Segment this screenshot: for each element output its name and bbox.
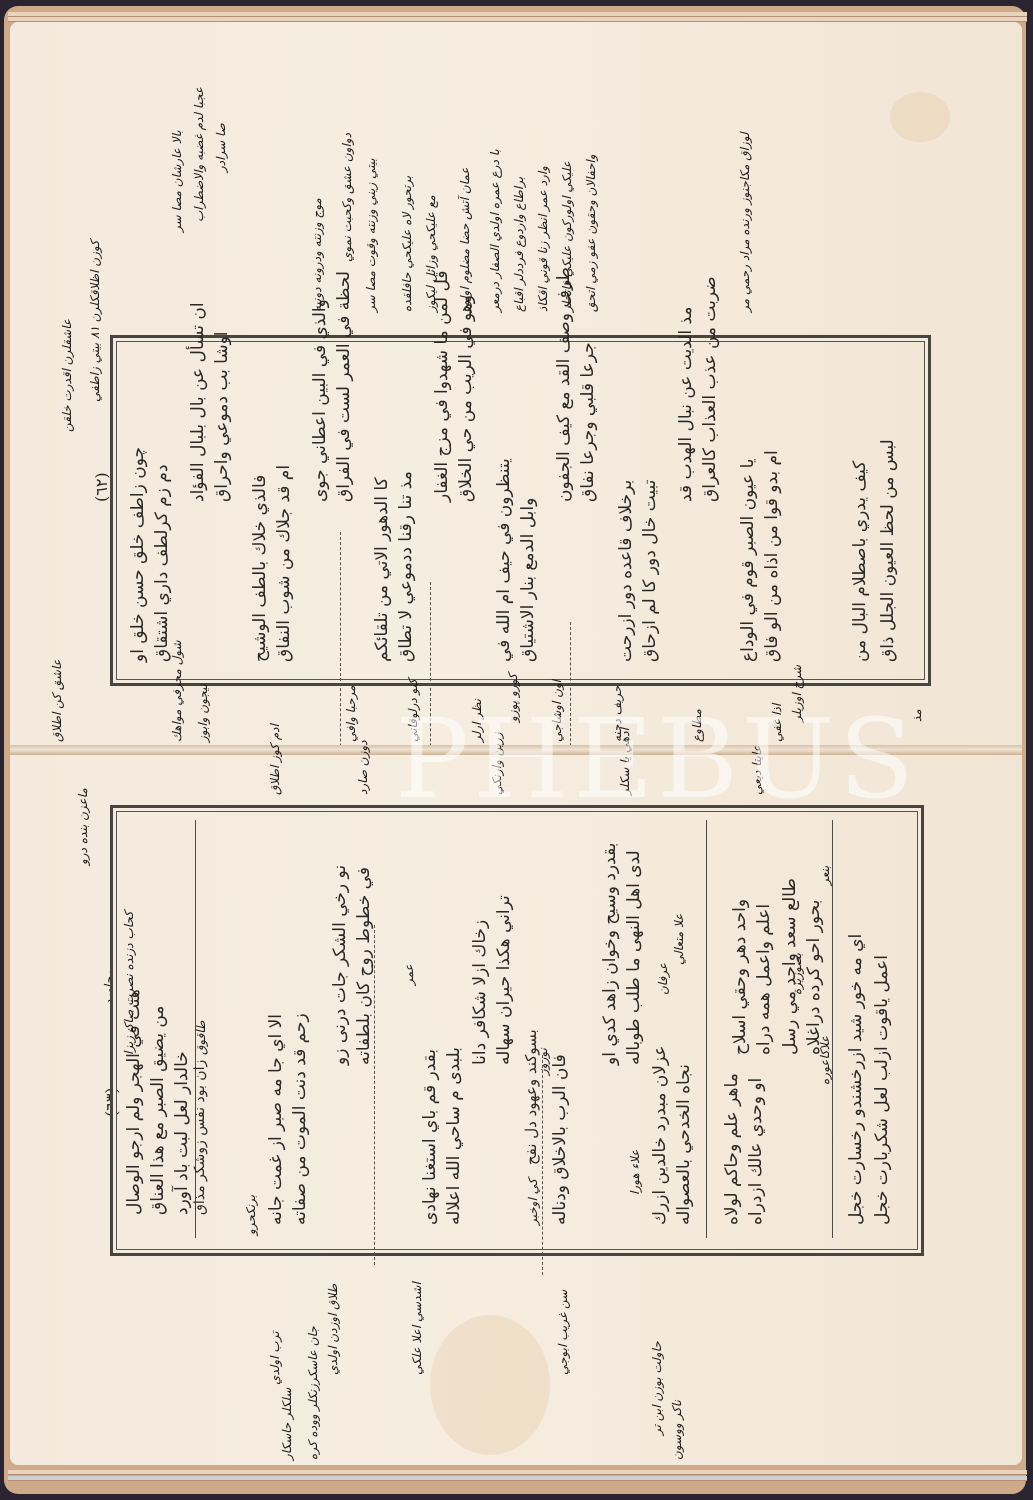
verse-line: نجاه الخدحي بالعصواله (674, 1064, 694, 1225)
margin-note: حاولت بوزن ابن تر (650, 1341, 664, 1435)
inline-annotation: علاء هورا (628, 1150, 642, 1195)
margin-note: عمان آتش حضا مضلوم اولور (458, 168, 472, 313)
verse-line: نو رخي الشكر جات درنى زو (330, 865, 350, 1065)
verse-line: واحد دهر وحقي اسلاح (730, 899, 750, 1055)
margin-note: دوزن صارد (356, 740, 370, 795)
margin-note: وارد عمر انظر زنا قوني اقكاذ (536, 166, 550, 312)
verse-line: وهو في الريب من حي الخلاق (456, 295, 476, 502)
verse-line: يتنظرون في حيف ام الله في (494, 458, 514, 662)
verse-line: في خطوط روح كان بلطفاته (354, 867, 374, 1065)
verse-line: كا الدهور الاتي من تلقائكم (372, 477, 392, 662)
verse-line: بحور احو كرده دراغلاه (804, 900, 824, 1055)
page-63: (٦٣) رحاورد ماعزن بنده درو هنت في الهجر … (10, 755, 1022, 1465)
verse-line: لبس من لحظ العيون الجلل ذاق (878, 439, 898, 662)
verse-line: بسوكند وعهود دل نفح (522, 1029, 540, 1165)
page-62: (٦٢) كوزن اظلاقكلرن ٨١ بيتي زاطفي عاشقلر… (10, 22, 1022, 747)
inline-annotation: علاكاعوره (818, 1036, 832, 1085)
page-edge-bottom (8, 1470, 1027, 1475)
verse-line: لدى اهل النهى ما طلب طوباله (624, 850, 644, 1065)
verse-line: او وحدي عالك ازدراه (746, 1078, 766, 1225)
verse-line: اوشا بب دموعي واحراق (212, 332, 232, 503)
margin-note: صا سرادر (214, 123, 228, 172)
column-divider (832, 820, 833, 1238)
verse-line: مذ تنا رقنا ددموعي لا تطاق (396, 471, 416, 662)
verse-line: فان الرب بالاخلاق ودناله (550, 1054, 570, 1225)
verse-line: برخلاف قاعده دور ازرحت (616, 480, 636, 662)
margin-note: سلكلر حاسكار (280, 1388, 294, 1460)
verse-line: والذي في البين اعطاني جوى (310, 299, 330, 502)
margin-note: ادم كوز اطلاق (268, 724, 282, 795)
verse-line: ام قد جلاك من شوب النفاق (274, 465, 294, 662)
verse-line: من يضيق الصبر مع هذا العناق (148, 1006, 168, 1215)
gutter-note: شول محرفي مواهك (170, 640, 184, 742)
gutter-note: نيجون وابوز (196, 684, 210, 742)
text-frame (110, 805, 924, 1256)
margin-note: عجبا لدم غضبه والاضطراب (192, 87, 206, 222)
verse-line: ان تسأل عن بال بلبال الفؤاد (188, 302, 208, 502)
verse-line: بلبدى م ساحي الله اعلاله (444, 1047, 464, 1225)
verse-line: وابل الدمع بنار الاشتياق (518, 498, 538, 662)
header-note-secondary: ماعزن بنده درو (76, 788, 90, 865)
margin-note: سن غريب ابوجي (556, 1290, 570, 1375)
paper-stain (890, 92, 950, 142)
verse-line: ام بدو قوا من اذاه من الو فاق (762, 450, 782, 662)
inline-annotation: برنكحرو (244, 1195, 258, 1235)
gutter-note: مرحبا وافي (344, 686, 358, 742)
margin-note: بيتي زيني وزنته وقوت مصا سر (364, 158, 378, 312)
margin-note: عليكي اولوركون عليكي فاتحلر (560, 161, 574, 312)
verse-line: دم زم كرلطف داري اشتقاق (152, 464, 172, 662)
margin-note: اشدسي اعلا علكي (410, 1282, 424, 1375)
verse-line: يا عيون الصبر قوم في الوداع (738, 459, 758, 662)
inline-annotation: كي اوخبر (526, 1179, 540, 1225)
verse-line: اعمل ياقوت ازلب لعل شكربارت خجل (872, 955, 892, 1225)
column-divider (706, 820, 707, 1238)
verse-line: تراني هكذا حيران سهاله (494, 895, 514, 1065)
paper-stain (430, 1315, 550, 1455)
verse-line: زحم قد دنت الموت من صفاته (290, 1013, 310, 1225)
inline-annotation: طاقوق (194, 1021, 208, 1055)
margin-note: مع عليكحي وزائل ليكوز (424, 195, 438, 312)
verse-line: فالذي خلاك بالطف الوشيح (250, 475, 270, 662)
verse-line: بقدر قم باي استغنا نهادى (420, 1049, 440, 1225)
margin-note: برتحور لاه عليكحي حافلقده (400, 176, 414, 312)
header-note-secondary: عاشقلرن اقدرت خلقن (60, 319, 74, 432)
verse-line: ماهر علم وحاكم لولاه (722, 1073, 742, 1225)
margin-note: ترب اولدي (268, 1331, 282, 1385)
verse-line: لحظة في العمر لست في الفراق (334, 271, 354, 502)
watermark: PHEBUS (395, 695, 775, 823)
inline-annotation: عرفان (656, 963, 670, 995)
verse-line: مذ الديت عن نبال الهدب قد (676, 307, 696, 503)
verse-line: زان بود نفس زوشكر مذاق (192, 1060, 208, 1215)
verse-line: زخاك ازلا شكافر دانا (470, 920, 490, 1065)
verse-line: عزلان مبدرد خالدين ازرك (650, 1046, 670, 1225)
page-number: (٦٢) (92, 472, 111, 502)
verse-line: بقدرد وسيح وخوان زاهد كدي او (600, 843, 620, 1065)
margin-note: با درع عمره اولدي الصفار درمعر (488, 149, 502, 312)
header-note: كوزن اظلاقكلرن ٨١ بيتي زاطفي (88, 240, 102, 402)
annotation-leader (374, 925, 375, 1265)
margin-note: براطاع واردوع فرددلر اقباع (512, 177, 526, 312)
inline-annotation: بنعر (818, 866, 832, 885)
margin-note: بالا عارشان مصا سر (170, 130, 184, 232)
inline-annotation: كحاب دزنده نصرت صاكرزيزا (122, 911, 136, 1055)
page-edge-bottom-2 (8, 1476, 1027, 1481)
margin-note: موج وزنته ودرونه دونيه (310, 198, 324, 312)
verse-line: طالع سعد واحد مي رسل (780, 878, 800, 1055)
verse-line: اي مه خور شيد ازرخشندو رخسارت خجل (846, 934, 866, 1225)
inline-annotation: علا متعالي (672, 914, 686, 965)
margin-note: لوزاق مكاجنوز ورنده مراد رحمي مر (738, 132, 752, 312)
verse-line: خالدار لعل لبت باد آورد (172, 1051, 192, 1215)
verse-line: اعلم واعمل همه دراه (754, 904, 774, 1055)
verse-line: چون زاطف خلق حسن خلق او (128, 447, 148, 662)
verse-line: الا اي جا مه صبر از غمت جانه (266, 1014, 286, 1225)
margin-note: واحفالان وحقون عفو زمي اتحق (584, 154, 598, 312)
annotation-leader (542, 1055, 543, 1275)
margin-note: جان عاسكرزنكلر ووده كره (306, 1326, 320, 1460)
verse-line: كيف يدري باصطلام البال من (850, 461, 870, 662)
verse-line: تبيت خال دور كا لم ازحاق (640, 480, 660, 662)
margin-note: ناكر ووسون (670, 1400, 684, 1460)
gutter-note: عاشق كن اطلاق (50, 659, 64, 742)
verse-line: جرعا قلبي وجرعا نفاق (578, 342, 598, 502)
margin-note: طلاق اوزدن اولدي (326, 1284, 340, 1375)
inline-annotation: عمر (402, 964, 416, 985)
verse-line: ضربت من عذب العذاب كالعراق (700, 276, 720, 502)
margin-note: دواون عشق وكحبت نموي (340, 133, 354, 262)
